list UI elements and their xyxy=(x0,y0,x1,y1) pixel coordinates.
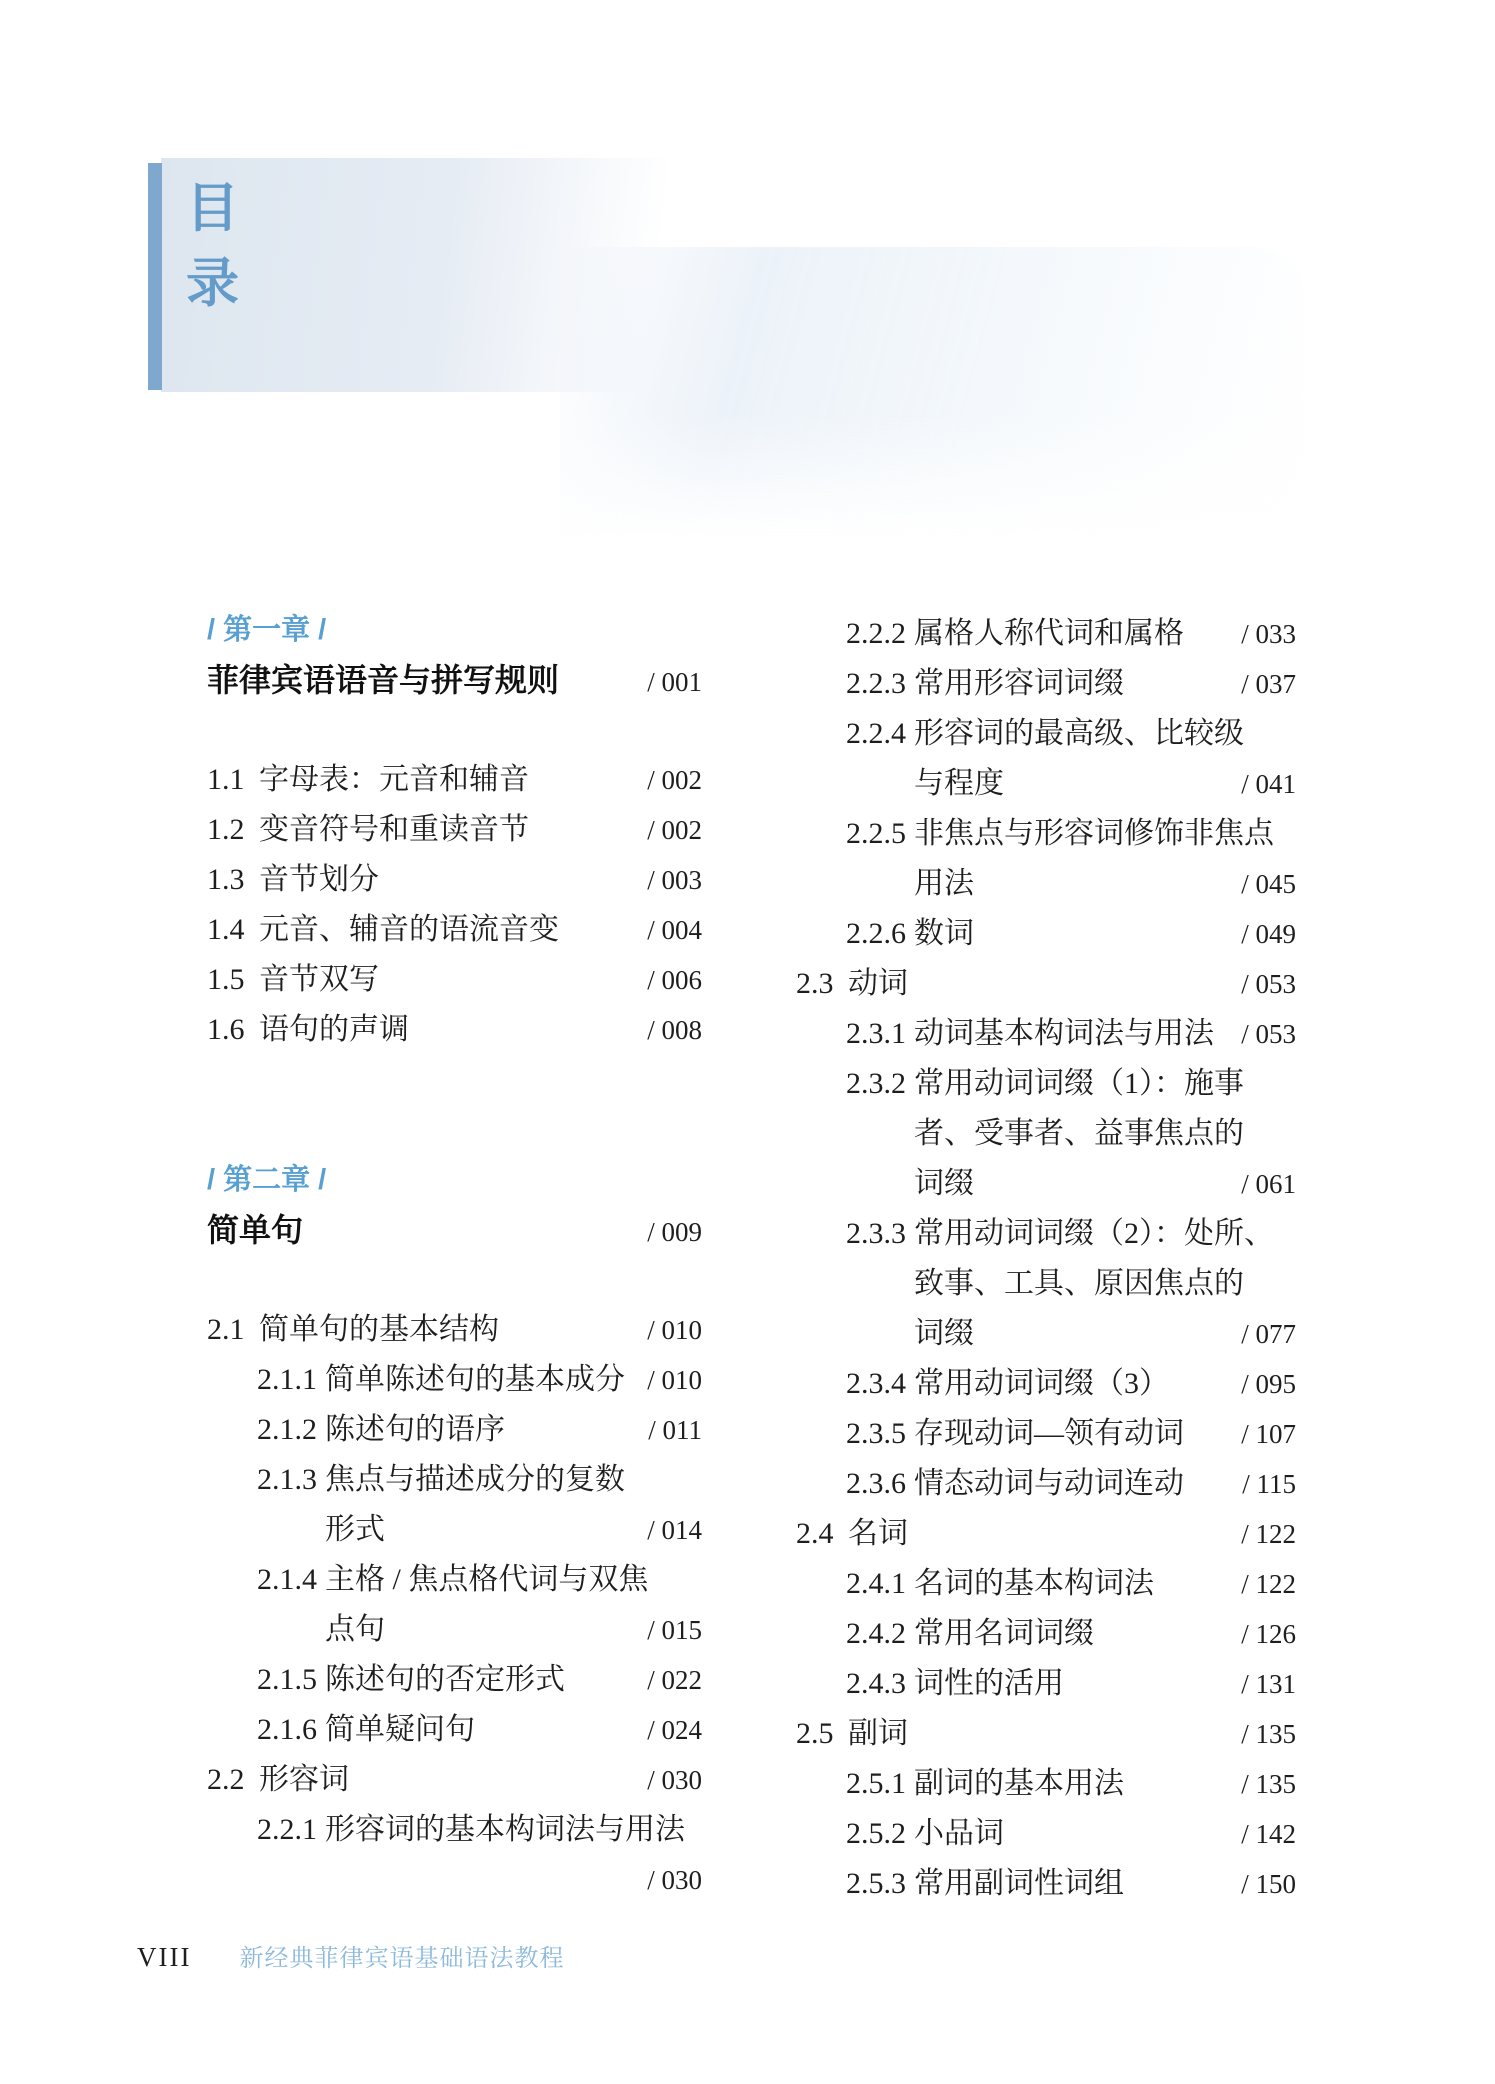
toc-row-2.1.5: 2.1.5陈述句的否定形式/ 022 xyxy=(207,1655,702,1705)
toc-entry-number: 2.1.1 xyxy=(257,1355,325,1405)
toc-row-2.4.1: 2.4.1名词的基本构词法/ 122 xyxy=(796,1559,1296,1609)
toc-entry-title: 动词 xyxy=(848,959,908,1009)
toc-row-2.1.4: 2.1.4主格 / 焦点格代词与双焦 xyxy=(207,1555,702,1605)
footer-page-number: VIII xyxy=(137,1942,191,1973)
toc-entry-title: 常用动词词缀（1）：施事 xyxy=(914,1059,1244,1109)
toc-row-1.3: 1.3音节划分/ 003 xyxy=(207,855,702,905)
toc-row-2.3.3: 2.3.3常用动词词缀（2）：处所、 xyxy=(796,1209,1296,1259)
toc-entry-number: 2.2.4 xyxy=(846,709,914,759)
toc-row-2.2: 2.2形容词/ 030 xyxy=(207,1755,702,1805)
toc-entry-page-number: / 142 xyxy=(1231,1809,1296,1859)
toc-entry-number: 2.5.2 xyxy=(846,1809,914,1859)
toc-entry-page-number: / 135 xyxy=(1231,1709,1296,1759)
toc-entry-page-number: / 001 xyxy=(637,657,702,707)
toc-entry-page-number: / 115 xyxy=(1232,1459,1296,1509)
toc-row-2.2.5: 2.2.5非焦点与形容词修饰非焦点 xyxy=(796,809,1296,859)
chapter-label: / 第二章 / xyxy=(207,1155,326,1205)
toc-entry-number: 2.2.6 xyxy=(846,909,914,959)
toc-entry-title: 简单疑问句 xyxy=(325,1705,475,1755)
toc-entry-title: 形容词 xyxy=(259,1755,349,1805)
toc-entry-page-number: / 041 xyxy=(1231,759,1296,809)
toc-entry-page-number: / 061 xyxy=(1231,1159,1296,1209)
toc-entry-title: 点句 xyxy=(325,1605,385,1655)
toc-entry-page-number: / 150 xyxy=(1231,1859,1296,1909)
toc-entry-page-number: / 008 xyxy=(637,1005,702,1055)
toc-entry-title: 音节双写 xyxy=(259,955,379,1005)
toc-entry-number: 2.4.1 xyxy=(846,1559,914,1609)
toc-entry-page-number: / 049 xyxy=(1231,909,1296,959)
toc-entry-title: 名词 xyxy=(848,1509,908,1559)
toc-row-2.3.4: 2.3.4常用动词词缀（3）/ 095 xyxy=(796,1359,1296,1409)
toc-row-2.2.3: 2.2.3常用形容词词缀/ 037 xyxy=(796,659,1296,709)
toc-row-cont: 词缀/ 061 xyxy=(796,1159,1296,1209)
toc-entry-title: 与程度 xyxy=(914,759,1004,809)
toc-entry-page-number: / 006 xyxy=(637,955,702,1005)
toc-entry-number: 2.1.4 xyxy=(257,1555,325,1605)
toc-spacer xyxy=(207,1055,702,1105)
header-accent-bar xyxy=(148,163,162,390)
toc-entry-title: 词缀 xyxy=(914,1309,974,1359)
toc-row-cont: 形式/ 014 xyxy=(207,1505,702,1555)
toc-column-left: / 第一章 /菲律宾语语音与拼写规则/ 0011.1字母表：元音和辅音/ 002… xyxy=(207,605,702,1905)
header-background-rounded-panel xyxy=(560,247,1303,549)
toc-entry-title: 形容词的最高级、比较级 xyxy=(914,709,1244,759)
toc-entry-number: 2.3.6 xyxy=(846,1459,914,1509)
toc-entry-number: 2.1.5 xyxy=(257,1655,325,1705)
toc-entry-page-number: / 030 xyxy=(637,1755,702,1805)
toc-entry-number: 2.1.3 xyxy=(257,1455,325,1505)
toc-entry-title: 名词的基本构词法 xyxy=(914,1559,1154,1609)
toc-entry-title: 词缀 xyxy=(914,1159,974,1209)
toc-entry-number: 2.3.4 xyxy=(846,1359,914,1409)
toc-entry-title: 用法 xyxy=(914,859,974,909)
toc-entry-title: 形式 xyxy=(325,1505,385,1555)
toc-row-cont: 用法/ 045 xyxy=(796,859,1296,909)
toc-entry-page-number: / 003 xyxy=(637,855,702,905)
toc-entry-title: 焦点与描述成分的复数 xyxy=(325,1455,625,1505)
toc-entry-page-number: / 014 xyxy=(637,1505,702,1555)
toc-entry-page-number: / 122 xyxy=(1231,1509,1296,1559)
toc-entry-number: 2.4 xyxy=(796,1509,848,1559)
toc-entry-number: 2.3 xyxy=(796,959,848,1009)
toc-row-chapter_title: 菲律宾语语音与拼写规则/ 001 xyxy=(207,655,702,705)
toc-row-1.4: 1.4元音、辅音的语流音变/ 004 xyxy=(207,905,702,955)
toc-entry-number: 2.5.3 xyxy=(846,1859,914,1909)
toc-entry-page-number: / 009 xyxy=(637,1207,702,1257)
toc-entry-title: 简单句的基本结构 xyxy=(259,1305,499,1355)
toc-entry-number: 2.3.5 xyxy=(846,1409,914,1459)
toc-row-1.1: 1.1字母表：元音和辅音/ 002 xyxy=(207,755,702,805)
toc-entry-number: 1.2 xyxy=(207,805,259,855)
toc-entry-page-number: / 002 xyxy=(637,805,702,855)
toc-entry-page-number: / 024 xyxy=(637,1705,702,1755)
chapter-title: 菲律宾语语音与拼写规则 xyxy=(207,655,559,705)
toc-entry-number: 1.4 xyxy=(207,905,259,955)
toc-entry-title: 致事、工具、原因焦点的 xyxy=(914,1259,1244,1309)
toc-row-2.3.1: 2.3.1动词基本构词法与用法/ 053 xyxy=(796,1009,1296,1059)
toc-entry-title: 字母表：元音和辅音 xyxy=(259,755,529,805)
toc-row-2.1.2: 2.1.2陈述句的语序/ 011 xyxy=(207,1405,702,1455)
toc-row-2.1.1: 2.1.1简单陈述句的基本成分/ 010 xyxy=(207,1355,702,1405)
page-footer: VIII 新经典菲律宾语基础语法教程 xyxy=(137,1938,564,1973)
toc-entry-number: 2.3.2 xyxy=(846,1059,914,1109)
toc-entry-title: 数词 xyxy=(914,909,974,959)
toc-entry-title: 陈述句的语序 xyxy=(325,1405,505,1455)
toc-column-right: 2.2.2属格人称代词和属格/ 0332.2.3常用形容词词缀/ 0372.2.… xyxy=(796,609,1296,1909)
toc-entry-number: 2.2.1 xyxy=(257,1805,325,1855)
toc-entry-number: 2.5 xyxy=(796,1709,848,1759)
toc-spacer xyxy=(207,705,702,755)
toc-entry-page-number: / 135 xyxy=(1231,1759,1296,1809)
toc-entry-page-number: / 030 xyxy=(637,1855,702,1905)
toc-entry-title: 者、受事者、益事焦点的 xyxy=(914,1109,1244,1159)
toc-row-2.1.6: 2.1.6简单疑问句/ 024 xyxy=(207,1705,702,1755)
toc-spacer xyxy=(207,1255,702,1305)
toc-row-2.4: 2.4名词/ 122 xyxy=(796,1509,1296,1559)
toc-entry-page-number: / 053 xyxy=(1231,1009,1296,1059)
toc-entry-number: 2.1.6 xyxy=(257,1705,325,1755)
toc-entry-page-number: / 095 xyxy=(1231,1359,1296,1409)
toc-entry-title: 副词 xyxy=(848,1709,908,1759)
toc-row-2.3: 2.3动词/ 053 xyxy=(796,959,1296,1009)
toc-entry-title: 陈述句的否定形式 xyxy=(325,1655,565,1705)
toc-entry-page-number: / 002 xyxy=(637,755,702,805)
toc-entry-page-number: / 131 xyxy=(1231,1659,1296,1709)
toc-entry-title: 简单陈述句的基本成分 xyxy=(325,1355,625,1405)
toc-row-cont: 点句/ 015 xyxy=(207,1605,702,1655)
toc-row-1.5: 1.5音节双写/ 006 xyxy=(207,955,702,1005)
toc-row-2.4.3: 2.4.3词性的活用/ 131 xyxy=(796,1659,1296,1709)
toc-entry-page-number: / 053 xyxy=(1231,959,1296,1009)
toc-row-2.5.1: 2.5.1副词的基本用法/ 135 xyxy=(796,1759,1296,1809)
toc-row-chapter_title: 简单句/ 009 xyxy=(207,1205,702,1255)
toc-entry-page-number: / 011 xyxy=(638,1405,702,1455)
toc-entry-page-number: / 126 xyxy=(1231,1609,1296,1659)
toc-row-2.2.6: 2.2.6数词/ 049 xyxy=(796,909,1296,959)
toc-entry-title: 动词基本构词法与用法 xyxy=(914,1009,1214,1059)
toc-title-char-lu: 录 xyxy=(186,257,239,310)
toc-row-2.3.6: 2.3.6情态动词与动词连动/ 115 xyxy=(796,1459,1296,1509)
toc-row-2.4.2: 2.4.2常用名词词缀/ 126 xyxy=(796,1609,1296,1659)
toc-row-2.1: 2.1简单句的基本结构/ 010 xyxy=(207,1305,702,1355)
toc-entry-page-number: / 107 xyxy=(1231,1409,1296,1459)
toc-entry-title: 词性的活用 xyxy=(914,1659,1064,1709)
toc-entry-page-number: / 037 xyxy=(1231,659,1296,709)
toc-row-cont: 词缀/ 077 xyxy=(796,1309,1296,1359)
toc-entry-number: 2.5.1 xyxy=(846,1759,914,1809)
toc-row-1.6: 1.6语句的声调/ 008 xyxy=(207,1005,702,1055)
toc-row-2.2.1: 2.2.1形容词的基本构词法与用法 xyxy=(207,1805,702,1855)
toc-entry-page-number: / 004 xyxy=(637,905,702,955)
toc-title: 目 录 xyxy=(186,182,239,310)
toc-entry-title: 常用动词词缀（3） xyxy=(914,1359,1169,1409)
toc-entry-number: 1.3 xyxy=(207,855,259,905)
toc-spacer xyxy=(207,1105,702,1155)
toc-entry-title: 存现动词—领有动词 xyxy=(914,1409,1184,1459)
toc-row-pageonly: / 030 xyxy=(207,1855,702,1905)
toc-entry-title: 非焦点与形容词修饰非焦点 xyxy=(914,809,1274,859)
toc-entry-page-number: / 045 xyxy=(1231,859,1296,909)
toc-row-cont: 致事、工具、原因焦点的 xyxy=(796,1259,1296,1309)
toc-entry-number: 2.1.2 xyxy=(257,1405,325,1455)
toc-entry-number: 2.3.1 xyxy=(846,1009,914,1059)
toc-row-2.2.4: 2.2.4形容词的最高级、比较级 xyxy=(796,709,1296,759)
toc-row-2.5.2: 2.5.2小品词/ 142 xyxy=(796,1809,1296,1859)
toc-row-2.5.3: 2.5.3常用副词性词组/ 150 xyxy=(796,1859,1296,1909)
toc-entry-title: 属格人称代词和属格 xyxy=(914,609,1184,659)
toc-entry-title: 常用副词性词组 xyxy=(914,1859,1124,1909)
toc-entry-number: 2.2.5 xyxy=(846,809,914,859)
toc-entry-title: 形容词的基本构词法与用法 xyxy=(325,1805,685,1855)
toc-entry-page-number: / 010 xyxy=(637,1305,702,1355)
toc-entry-title: 变音符号和重读音节 xyxy=(259,805,529,855)
toc-title-char-mu: 目 xyxy=(186,182,239,235)
chapter-title: 简单句 xyxy=(207,1205,303,1255)
toc-entry-number: 1.5 xyxy=(207,955,259,1005)
toc-entry-title: 情态动词与动词连动 xyxy=(914,1459,1184,1509)
toc-entry-page-number: / 010 xyxy=(637,1355,702,1405)
toc-entry-number: 2.2.3 xyxy=(846,659,914,709)
toc-row-chapter_label: / 第一章 / xyxy=(207,605,702,655)
toc-entry-number: 2.4.3 xyxy=(846,1659,914,1709)
toc-entry-number: 2.4.2 xyxy=(846,1609,914,1659)
chapter-label: / 第一章 / xyxy=(207,605,326,655)
toc-row-cont: 者、受事者、益事焦点的 xyxy=(796,1109,1296,1159)
toc-entry-page-number: / 077 xyxy=(1231,1309,1296,1359)
toc-row-2.1.3: 2.1.3焦点与描述成分的复数 xyxy=(207,1455,702,1505)
toc-entry-title: 小品词 xyxy=(914,1809,1004,1859)
toc-entry-title: 语句的声调 xyxy=(259,1005,409,1055)
toc-row-chapter_label: / 第二章 / xyxy=(207,1155,702,1205)
toc-entry-title: 常用名词词缀 xyxy=(914,1609,1094,1659)
footer-book-title: 新经典菲律宾语基础语法教程 xyxy=(239,1938,564,1973)
toc-row-2.3.2: 2.3.2常用动词词缀（1）：施事 xyxy=(796,1059,1296,1109)
toc-row-2.5: 2.5副词/ 135 xyxy=(796,1709,1296,1759)
toc-row-1.2: 1.2变音符号和重读音节/ 002 xyxy=(207,805,702,855)
toc-row-2.3.5: 2.3.5存现动词—领有动词/ 107 xyxy=(796,1409,1296,1459)
toc-entry-title: 元音、辅音的语流音变 xyxy=(259,905,559,955)
toc-entry-title: 主格 / 焦点格代词与双焦 xyxy=(325,1555,648,1605)
toc-row-cont: 与程度/ 041 xyxy=(796,759,1296,809)
toc-entry-title: 副词的基本用法 xyxy=(914,1759,1124,1809)
toc-entry-page-number: / 022 xyxy=(637,1655,702,1705)
toc-page: 目 录 / 第一章 /菲律宾语语音与拼写规则/ 0011.1字母表：元音和辅音/… xyxy=(0,0,1495,2084)
toc-entry-number: 1.6 xyxy=(207,1005,259,1055)
toc-entry-number: 2.2.2 xyxy=(846,609,914,659)
toc-entry-number: 2.3.3 xyxy=(846,1209,914,1259)
toc-entry-number: 1.1 xyxy=(207,755,259,805)
toc-entry-page-number: / 015 xyxy=(637,1605,702,1655)
toc-row-2.2.2: 2.2.2属格人称代词和属格/ 033 xyxy=(796,609,1296,659)
toc-entry-page-number: / 122 xyxy=(1231,1559,1296,1609)
toc-entry-title: 音节划分 xyxy=(259,855,379,905)
toc-entry-title: 常用形容词词缀 xyxy=(914,659,1124,709)
toc-entry-number: 2.2 xyxy=(207,1755,259,1805)
toc-entry-page-number: / 033 xyxy=(1231,609,1296,659)
toc-entry-title: 常用动词词缀（2）：处所、 xyxy=(914,1209,1274,1259)
toc-entry-number: 2.1 xyxy=(207,1305,259,1355)
